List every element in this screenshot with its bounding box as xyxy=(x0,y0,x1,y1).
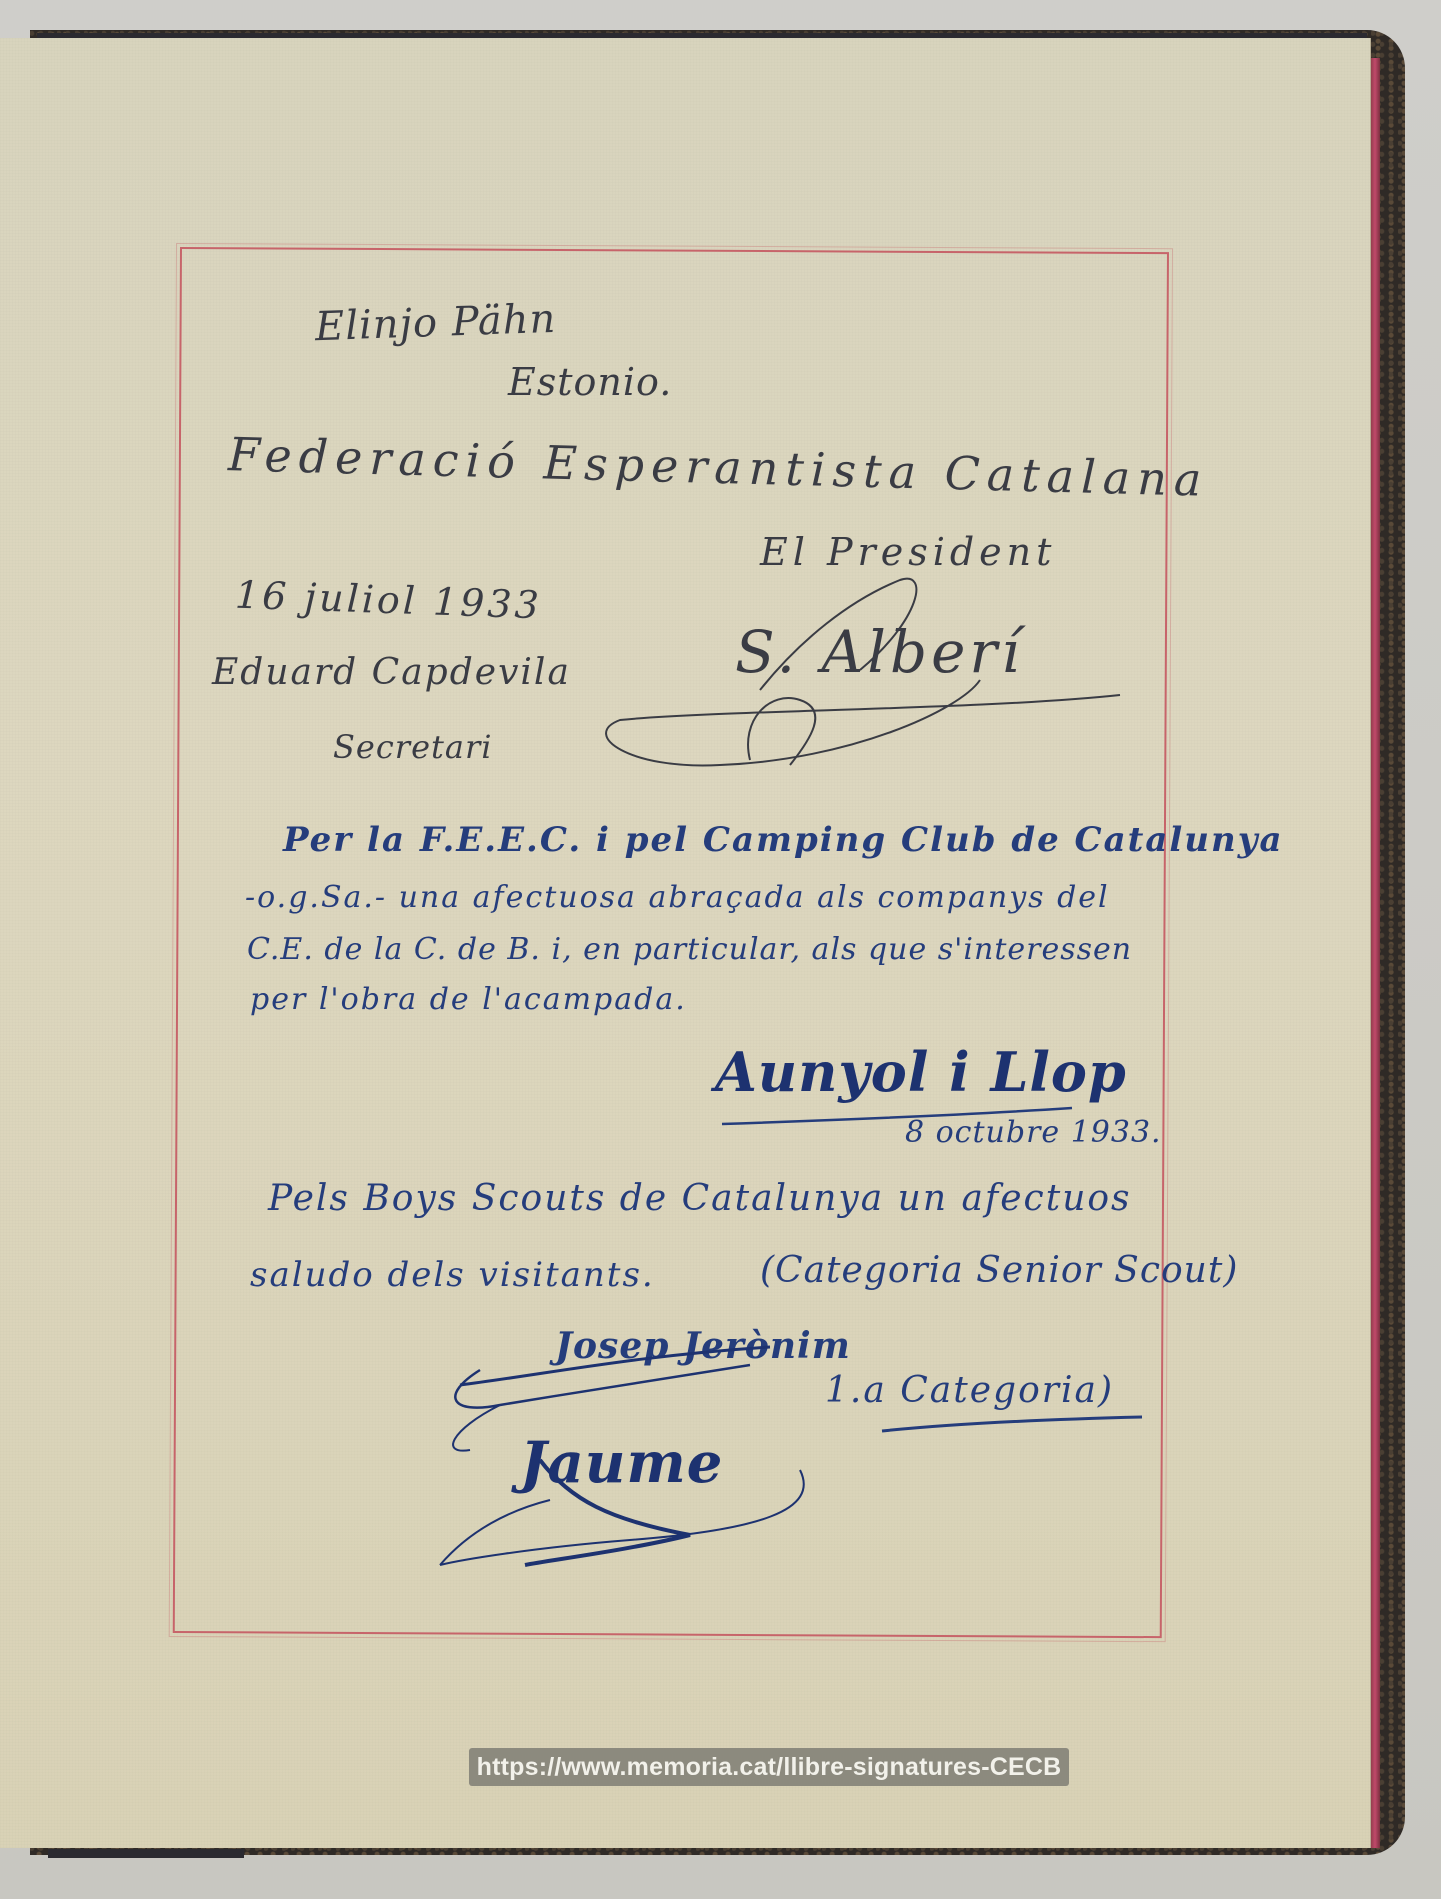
entry3-line-2: -o.g.Sa.- una afectuosa abraçada als com… xyxy=(245,880,1110,915)
entry3-line-3: C.E. de la C. de B. i, en particular, al… xyxy=(247,932,1132,967)
entry1-name: Elinjo Pähn xyxy=(314,296,557,350)
entry4-note-2-underline xyxy=(880,1405,1150,1435)
entry4-note-1: (Categoria Senior Scout) xyxy=(760,1250,1238,1291)
entry4-line-2: saludo dels visitants. xyxy=(250,1255,655,1295)
entry3-line-1: Per la F.E.E.C. i pel Camping Club de Ca… xyxy=(283,820,1284,860)
entry4-line-1: Pels Boys Scouts de Catalunya un afectuo… xyxy=(268,1178,1132,1219)
president-signature-flourish xyxy=(600,560,1120,780)
page-gilt-edge xyxy=(1370,58,1380,1848)
cover-bottom-edge xyxy=(48,1849,244,1858)
scanned-book-page: Elinjo Pähn Estonio. Federació Esperanti… xyxy=(0,0,1441,1899)
entry2-secretary-name: Eduard Capdevila xyxy=(212,652,571,693)
entry3-signature: Aunyol i Llop xyxy=(715,1040,1127,1104)
entry3-line-4: per l'obra de l'acampada. xyxy=(250,982,687,1017)
watermark-url: https://www.memoria.cat/llibre-signature… xyxy=(469,1748,1069,1786)
entry1-place: Estonio. xyxy=(508,360,672,404)
entry4-signature-2-flourish xyxy=(430,1440,820,1570)
entry2-secretary-title: Secretari xyxy=(333,728,492,766)
entry3-date: 8 octubre 1933. xyxy=(905,1115,1162,1150)
